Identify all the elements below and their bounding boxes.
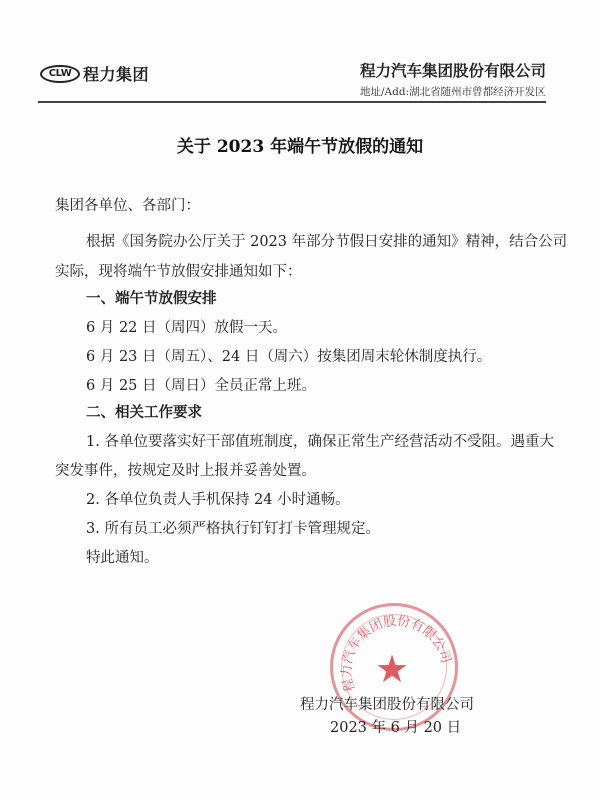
document-title: 关于 2023 年端午节放假的通知 bbox=[0, 132, 600, 157]
section2-item-3: 3. 所有员工必须严格执行钉钉打卡管理规定。 bbox=[86, 519, 380, 539]
intro-line-2: 实际，现将端午节放假安排通知如下： bbox=[55, 262, 302, 282]
company-logo: CLW 程力集团 bbox=[40, 62, 149, 85]
section1-item: 6 月 23 日（周五）、24 日（周六）按集团周末轮休制度执行。 bbox=[86, 347, 491, 367]
section1-heading: 一、端午节放假安排 bbox=[86, 289, 217, 309]
signature-date: 2023 年 6 月 20 日 bbox=[330, 716, 461, 737]
section2-heading: 二、相关工作要求 bbox=[86, 403, 202, 423]
section2-item-1-line-1: 1. 各单位要落实好干部值班制度，确保正常生产经营活动不受阻。遇重大 bbox=[86, 432, 554, 452]
section2-item-1-line-2: 突发事件，按规定及时上报并妥善处置。 bbox=[55, 461, 316, 481]
intro-line-1: 根据《国务院办公厅关于 2023 年部分节假日安排的通知》精神，结合公司 bbox=[86, 232, 567, 252]
star-icon: ★ bbox=[375, 650, 409, 688]
section1-item: 6 月 22 日（周四）放假一天。 bbox=[86, 318, 287, 338]
logo-text: 程力集团 bbox=[83, 62, 149, 85]
letterhead-address: 地址/Add:湖北省随州市曾都经济开发区 bbox=[360, 84, 546, 99]
section2-item-2: 2. 各单位负责人手机保持 24 小时通畅。 bbox=[86, 490, 350, 510]
signature-company: 程力汽车集团股份有限公司 bbox=[300, 693, 474, 714]
salutation: 集团各单位、各部门： bbox=[55, 196, 200, 216]
clw-logo-mark: CLW bbox=[40, 65, 80, 83]
letterhead-company-name: 程力汽车集团股份有限公司 bbox=[360, 59, 546, 81]
letterhead-divider bbox=[38, 101, 546, 103]
section1-item: 6 月 25 日（周日）全员正常上班。 bbox=[86, 376, 316, 396]
closing: 特此通知。 bbox=[86, 548, 159, 568]
